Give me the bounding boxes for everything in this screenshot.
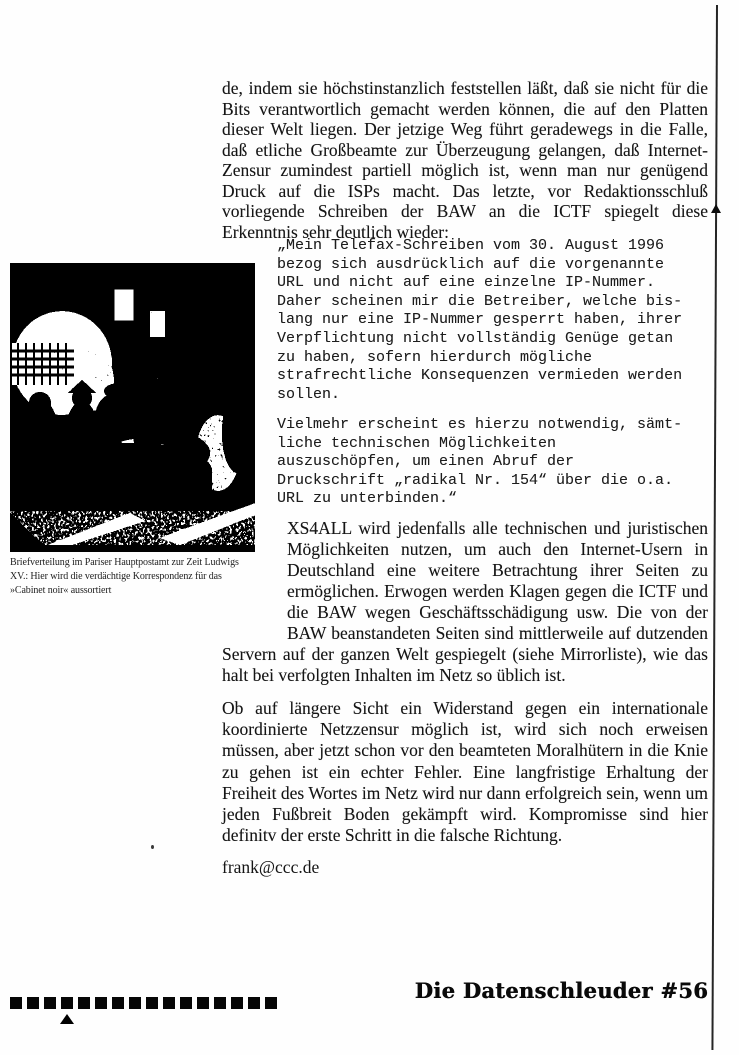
scan-artifact-dot — [151, 845, 154, 849]
paragraph-outlook: Ob auf längere Sicht ein Widerstand gege… — [222, 698, 708, 846]
engraving-image — [10, 263, 255, 552]
image-caption: Briefverteilung im Pariser Hauptpostamt … — [10, 556, 239, 598]
magazine-page: Briefverteilung im Pariser Hauptpostamt … — [0, 0, 739, 1055]
footer-triangle-marker — [60, 1014, 74, 1024]
email-address: frank@ccc.de — [222, 857, 708, 878]
paragraph-xs4all: XS4ALL wird jedenfalls alle technischen … — [222, 518, 708, 686]
image-wrap-spacer — [222, 518, 287, 642]
scan-artifact-arrow — [711, 204, 721, 213]
paragraph-xs4all-text: XS4ALL wird jedenfalls alle technischen … — [222, 518, 708, 685]
magazine-title: Die Datenschleuder #56 — [0, 978, 708, 1003]
quote-block-1: „Mein Telefax-Schreiben vom 30. August 1… — [277, 237, 682, 404]
paragraph-intro: de, indem sie höchstinstanzlich feststel… — [222, 78, 708, 242]
page-edge-line — [711, 5, 718, 1050]
bottom-text-flow: Ob auf längere Sicht ein Widerstand gege… — [222, 698, 708, 878]
quote-block-2: Vielmehr erscheint es hierzu notwendig, … — [277, 416, 682, 509]
